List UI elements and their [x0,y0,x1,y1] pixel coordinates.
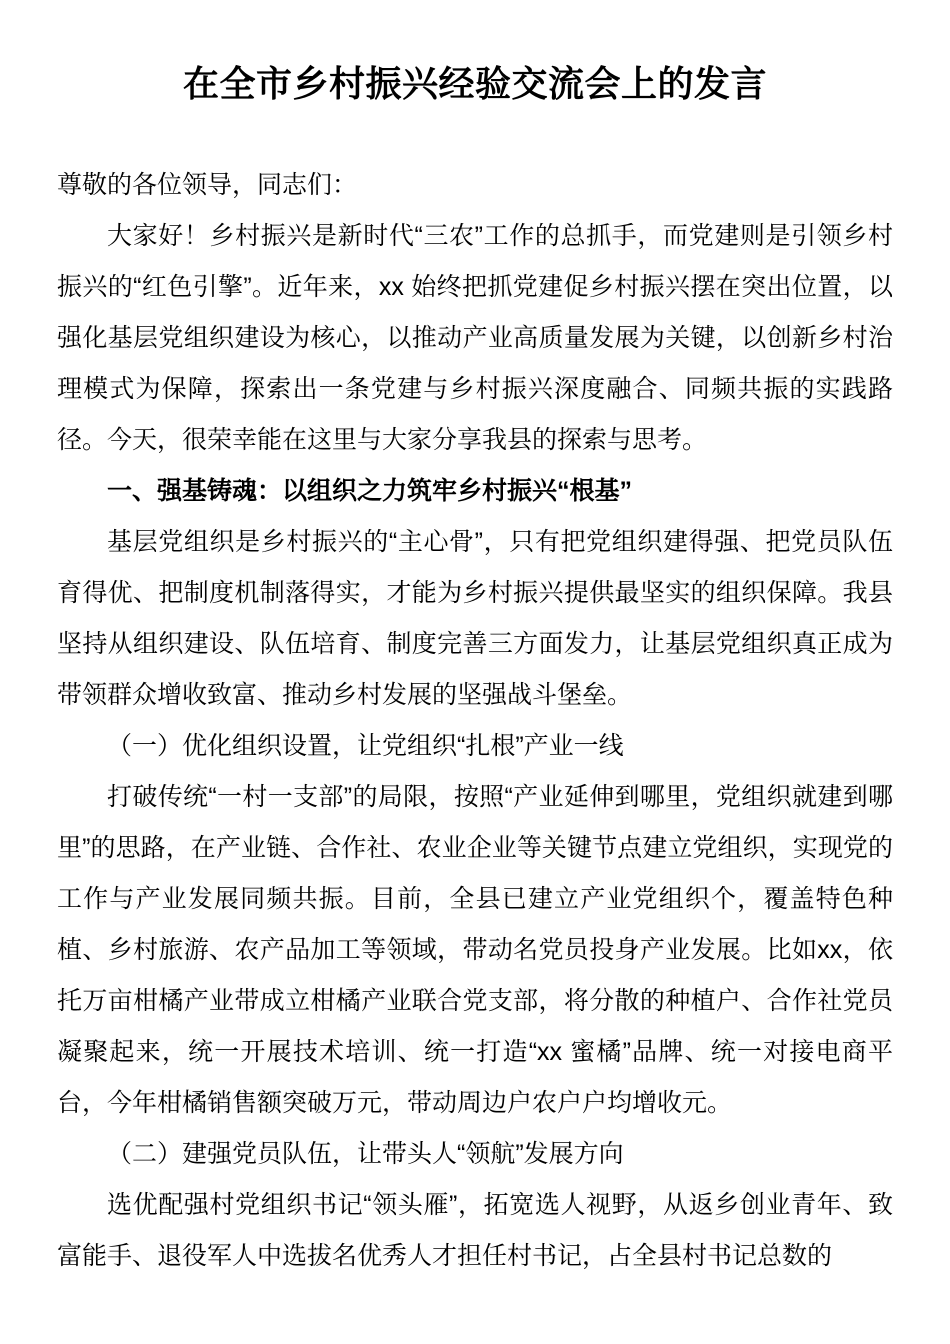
salutation-line: 尊敬的各位领导，同志们： [57,160,893,211]
document-body: 尊敬的各位领导，同志们：大家好！乡村振兴是新时代“三农”工作的总抓手，而党建则是… [57,160,893,1282]
body-paragraph: 选优配强村党组织书记“领头雁”，拓宽选人视野，从返乡创业青年、致富能手、退役军人… [57,1180,893,1282]
body-paragraph: 基层党组织是乡村振兴的“主心骨”，只有把党组织建得强、把党员队伍育得优、把制度机… [57,517,893,721]
subsection-heading: （二）建强党员队伍，让带头人“领航”发展方向 [57,1129,893,1180]
body-paragraph: 大家好！乡村振兴是新时代“三农”工作的总抓手，而党建则是引领乡村振兴的“红色引擎… [57,211,893,466]
body-paragraph: 打破传统“一村一支部”的局限，按照“产业延伸到哪里，党组织就建到哪里”的思路，在… [57,772,893,1129]
document-page: 在全市乡村振兴经验交流会上的发言 尊敬的各位领导，同志们：大家好！乡村振兴是新时… [0,0,950,1344]
subsection-heading: （一）优化组织设置，让党组织“扎根”产业一线 [57,721,893,772]
section-heading: 一、强基铸魂：以组织之力筑牢乡村振兴“根基” [57,466,893,517]
document-title: 在全市乡村振兴经验交流会上的发言 [57,60,893,108]
